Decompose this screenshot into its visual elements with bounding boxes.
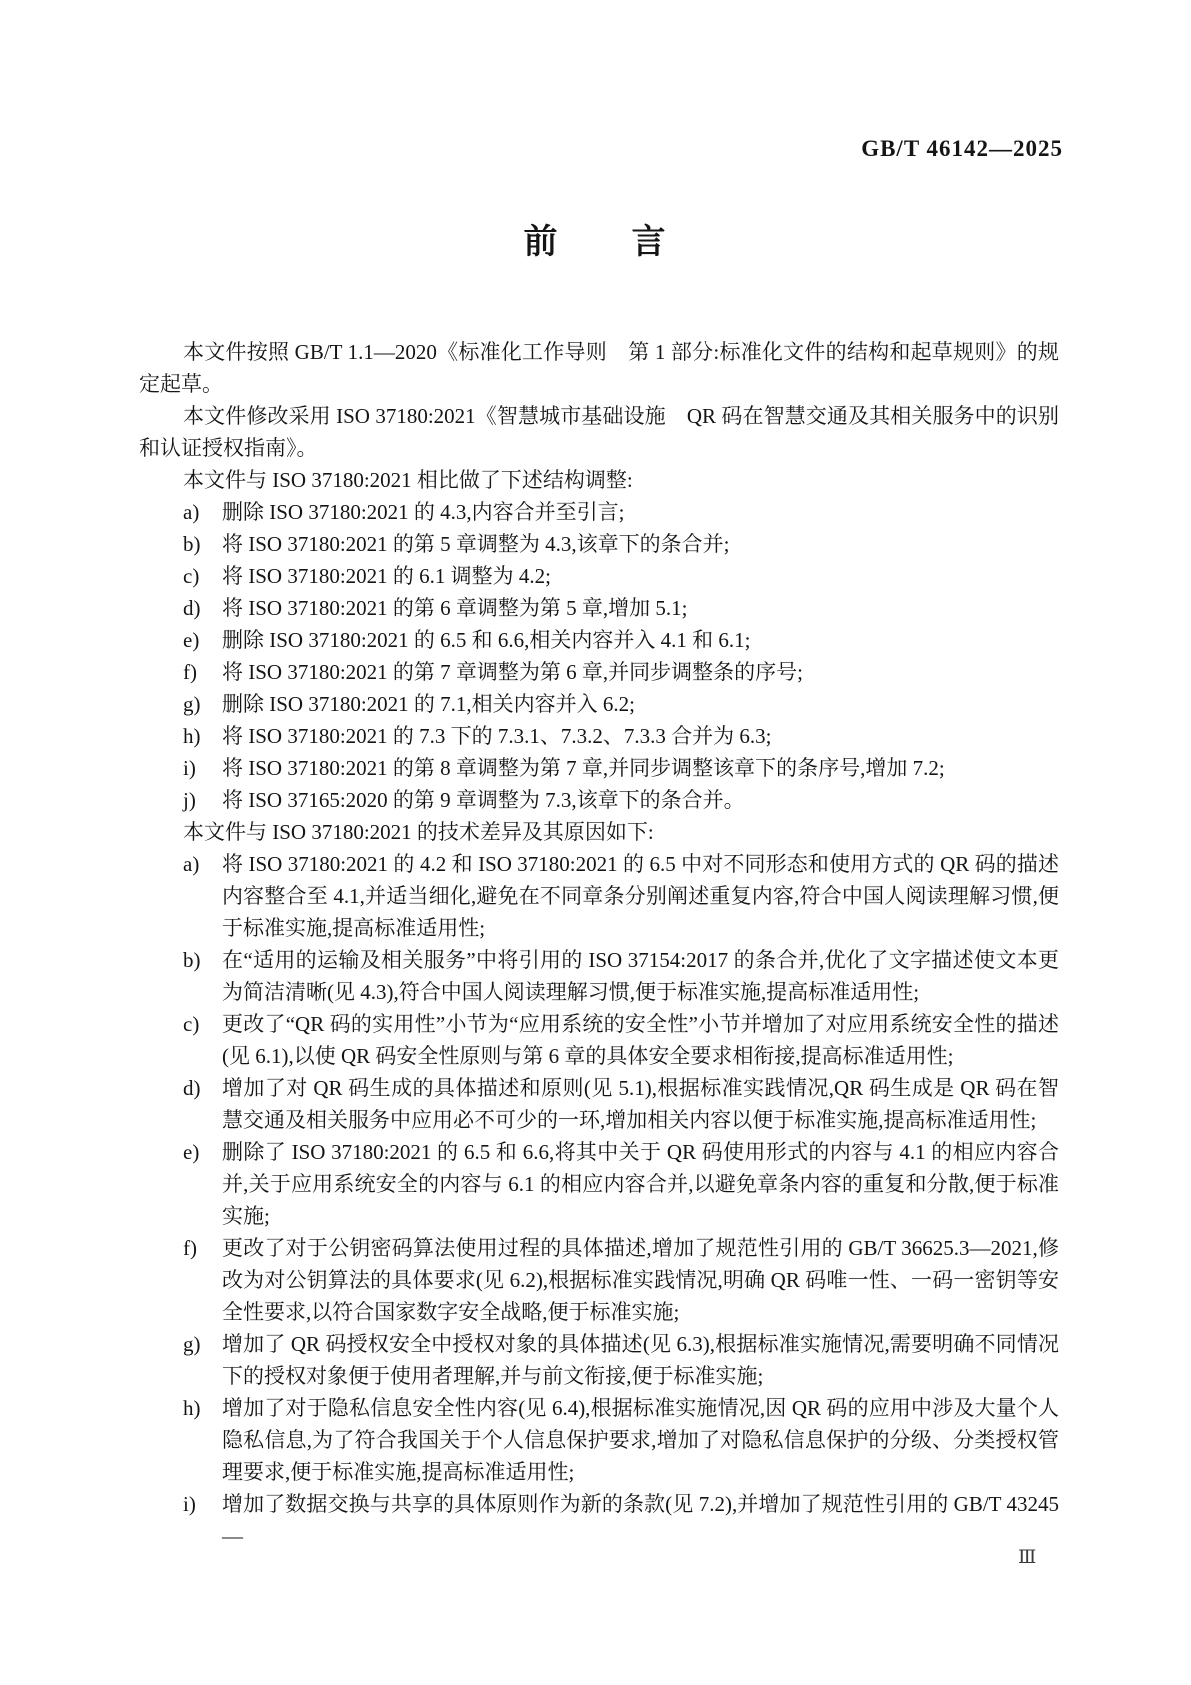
list-item: d) 增加了对 QR 码生成的具体描述和原则(见 5.1),根据标准实践情况,Q… bbox=[139, 1072, 1059, 1136]
intro-paragraph-1: 本文件按照 GB/T 1.1—2020《标准化工作导则 第 1 部分:标准化文件… bbox=[139, 336, 1059, 400]
list-item-label: a) bbox=[183, 496, 222, 528]
list-item-text: 删除了 ISO 37180:2021 的 6.5 和 6.6,将其中关于 QR … bbox=[222, 1136, 1059, 1232]
list-item-label: f) bbox=[183, 656, 222, 688]
list-item-text: 将 ISO 37180:2021 的第 7 章调整为第 6 章,并同步调整条的序… bbox=[222, 656, 1059, 688]
list-item: a) 删除 ISO 37180:2021 的 4.3,内容合并至引言; bbox=[139, 496, 1059, 528]
list-item-label: j) bbox=[183, 784, 222, 816]
list-item: i) 增加了数据交换与共享的具体原则作为新的条款(见 7.2),并增加了规范性引… bbox=[139, 1488, 1059, 1552]
list-item-text: 在“适用的运输及相关服务”中将引用的 ISO 37154:2017 的条合并,优… bbox=[222, 944, 1059, 1008]
list-item-text: 增加了对于隐私信息安全性内容(见 6.4),根据标准实施情况,因 QR 码的应用… bbox=[222, 1392, 1059, 1488]
list-item: d) 将 ISO 37180:2021 的第 6 章调整为第 5 章,增加 5.… bbox=[139, 592, 1059, 624]
list-item-text: 更改了“QR 码的实用性”小节为“应用系统的安全性”小节并增加了对应用系统安全性… bbox=[222, 1008, 1059, 1072]
list-item: e) 删除 ISO 37180:2021 的 6.5 和 6.6,相关内容并入 … bbox=[139, 624, 1059, 656]
list-item-text: 删除 ISO 37180:2021 的 7.1,相关内容并入 6.2; bbox=[222, 688, 1059, 720]
intro-paragraph-2: 本文件修改采用 ISO 37180:2021《智慧城市基础设施 QR 码在智慧交… bbox=[139, 400, 1059, 464]
list-item: h) 将 ISO 37180:2021 的 7.3 下的 7.3.1、7.3.2… bbox=[139, 720, 1059, 752]
structure-adjustment-list: a) 删除 ISO 37180:2021 的 4.3,内容合并至引言; b) 将… bbox=[139, 496, 1059, 816]
list-item: e) 删除了 ISO 37180:2021 的 6.5 和 6.6,将其中关于 … bbox=[139, 1136, 1059, 1232]
list-item-label: g) bbox=[183, 688, 222, 720]
list-item: a) 将 ISO 37180:2021 的 4.2 和 ISO 37180:20… bbox=[139, 848, 1059, 944]
tech-diff-intro: 本文件与 ISO 37180:2021 的技术差异及其原因如下: bbox=[139, 816, 1059, 848]
list-item-label: b) bbox=[183, 528, 222, 560]
list-item-text: 将 ISO 37180:2021 的第 5 章调整为 4.3,该章下的条合并; bbox=[222, 528, 1059, 560]
list-item-text: 删除 ISO 37180:2021 的 6.5 和 6.6,相关内容并入 4.1… bbox=[222, 624, 1059, 656]
list-item-text: 将 ISO 37180:2021 的 4.2 和 ISO 37180:2021 … bbox=[222, 848, 1059, 944]
list-item-text: 将 ISO 37180:2021 的 7.3 下的 7.3.1、7.3.2、7.… bbox=[222, 720, 1059, 752]
list-item-label: d) bbox=[183, 1072, 222, 1136]
list-item: g) 增加了 QR 码授权安全中授权对象的具体描述(见 6.3),根据标准实施情… bbox=[139, 1328, 1059, 1392]
list-item-text: 增加了 QR 码授权安全中授权对象的具体描述(见 6.3),根据标准实施情况,需… bbox=[222, 1328, 1059, 1392]
list-item: j) 将 ISO 37165:2020 的第 9 章调整为 7.3,该章下的条合… bbox=[139, 784, 1059, 816]
list-item: b) 将 ISO 37180:2021 的第 5 章调整为 4.3,该章下的条合… bbox=[139, 528, 1059, 560]
list-item: h) 增加了对于隐私信息安全性内容(见 6.4),根据标准实施情况,因 QR 码… bbox=[139, 1392, 1059, 1488]
list-item-label: c) bbox=[183, 560, 222, 592]
document-page: GB/T 46142—2025 前 言 本文件按照 GB/T 1.1—2020《… bbox=[0, 0, 1191, 1685]
list-item: f) 将 ISO 37180:2021 的第 7 章调整为第 6 章,并同步调整… bbox=[139, 656, 1059, 688]
list-item-text: 将 ISO 37180:2021 的第 6 章调整为第 5 章,增加 5.1; bbox=[222, 592, 1059, 624]
list-item-label: e) bbox=[183, 1136, 222, 1232]
list-item-text: 将 ISO 37180:2021 的第 8 章调整为第 7 章,并同步调整该章下… bbox=[222, 752, 1059, 784]
list-item-label: g) bbox=[183, 1328, 222, 1392]
list-item-label: h) bbox=[183, 720, 222, 752]
page-number: Ⅲ bbox=[1018, 1546, 1037, 1569]
intro-paragraph-3: 本文件与 ISO 37180:2021 相比做了下述结构调整: bbox=[139, 464, 1059, 496]
list-item-text: 增加了对 QR 码生成的具体描述和原则(见 5.1),根据标准实践情况,QR 码… bbox=[222, 1072, 1059, 1136]
list-item-label: d) bbox=[183, 592, 222, 624]
list-item-label: c) bbox=[183, 1008, 222, 1072]
list-item: i) 将 ISO 37180:2021 的第 8 章调整为第 7 章,并同步调整… bbox=[139, 752, 1059, 784]
list-item-text: 将 ISO 37165:2020 的第 9 章调整为 7.3,该章下的条合并。 bbox=[222, 784, 1059, 816]
list-item-label: b) bbox=[183, 944, 222, 1008]
document-body: 本文件按照 GB/T 1.1—2020《标准化工作导则 第 1 部分:标准化文件… bbox=[139, 336, 1059, 1552]
list-item-label: a) bbox=[183, 848, 222, 944]
list-item-label: i) bbox=[183, 752, 222, 784]
page-title: 前 言 bbox=[0, 214, 1191, 263]
list-item: c) 更改了“QR 码的实用性”小节为“应用系统的安全性”小节并增加了对应用系统… bbox=[139, 1008, 1059, 1072]
list-item-text: 删除 ISO 37180:2021 的 4.3,内容合并至引言; bbox=[222, 496, 1059, 528]
technical-difference-list: a) 将 ISO 37180:2021 的 4.2 和 ISO 37180:20… bbox=[139, 848, 1059, 1552]
list-item-label: h) bbox=[183, 1392, 222, 1488]
list-item: f) 更改了对于公钥密码算法使用过程的具体描述,增加了规范性引用的 GB/T 3… bbox=[139, 1232, 1059, 1328]
list-item: b) 在“适用的运输及相关服务”中将引用的 ISO 37154:2017 的条合… bbox=[139, 944, 1059, 1008]
list-item: g) 删除 ISO 37180:2021 的 7.1,相关内容并入 6.2; bbox=[139, 688, 1059, 720]
list-item-label: i) bbox=[183, 1488, 222, 1552]
list-item-label: f) bbox=[183, 1232, 222, 1328]
list-item: c) 将 ISO 37180:2021 的 6.1 调整为 4.2; bbox=[139, 560, 1059, 592]
list-item-text: 将 ISO 37180:2021 的 6.1 调整为 4.2; bbox=[222, 560, 1059, 592]
standard-number: GB/T 46142—2025 bbox=[861, 136, 1063, 162]
list-item-label: e) bbox=[183, 624, 222, 656]
list-item-text: 增加了数据交换与共享的具体原则作为新的条款(见 7.2),并增加了规范性引用的 … bbox=[222, 1488, 1059, 1552]
list-item-text: 更改了对于公钥密码算法使用过程的具体描述,增加了规范性引用的 GB/T 3662… bbox=[222, 1232, 1059, 1328]
